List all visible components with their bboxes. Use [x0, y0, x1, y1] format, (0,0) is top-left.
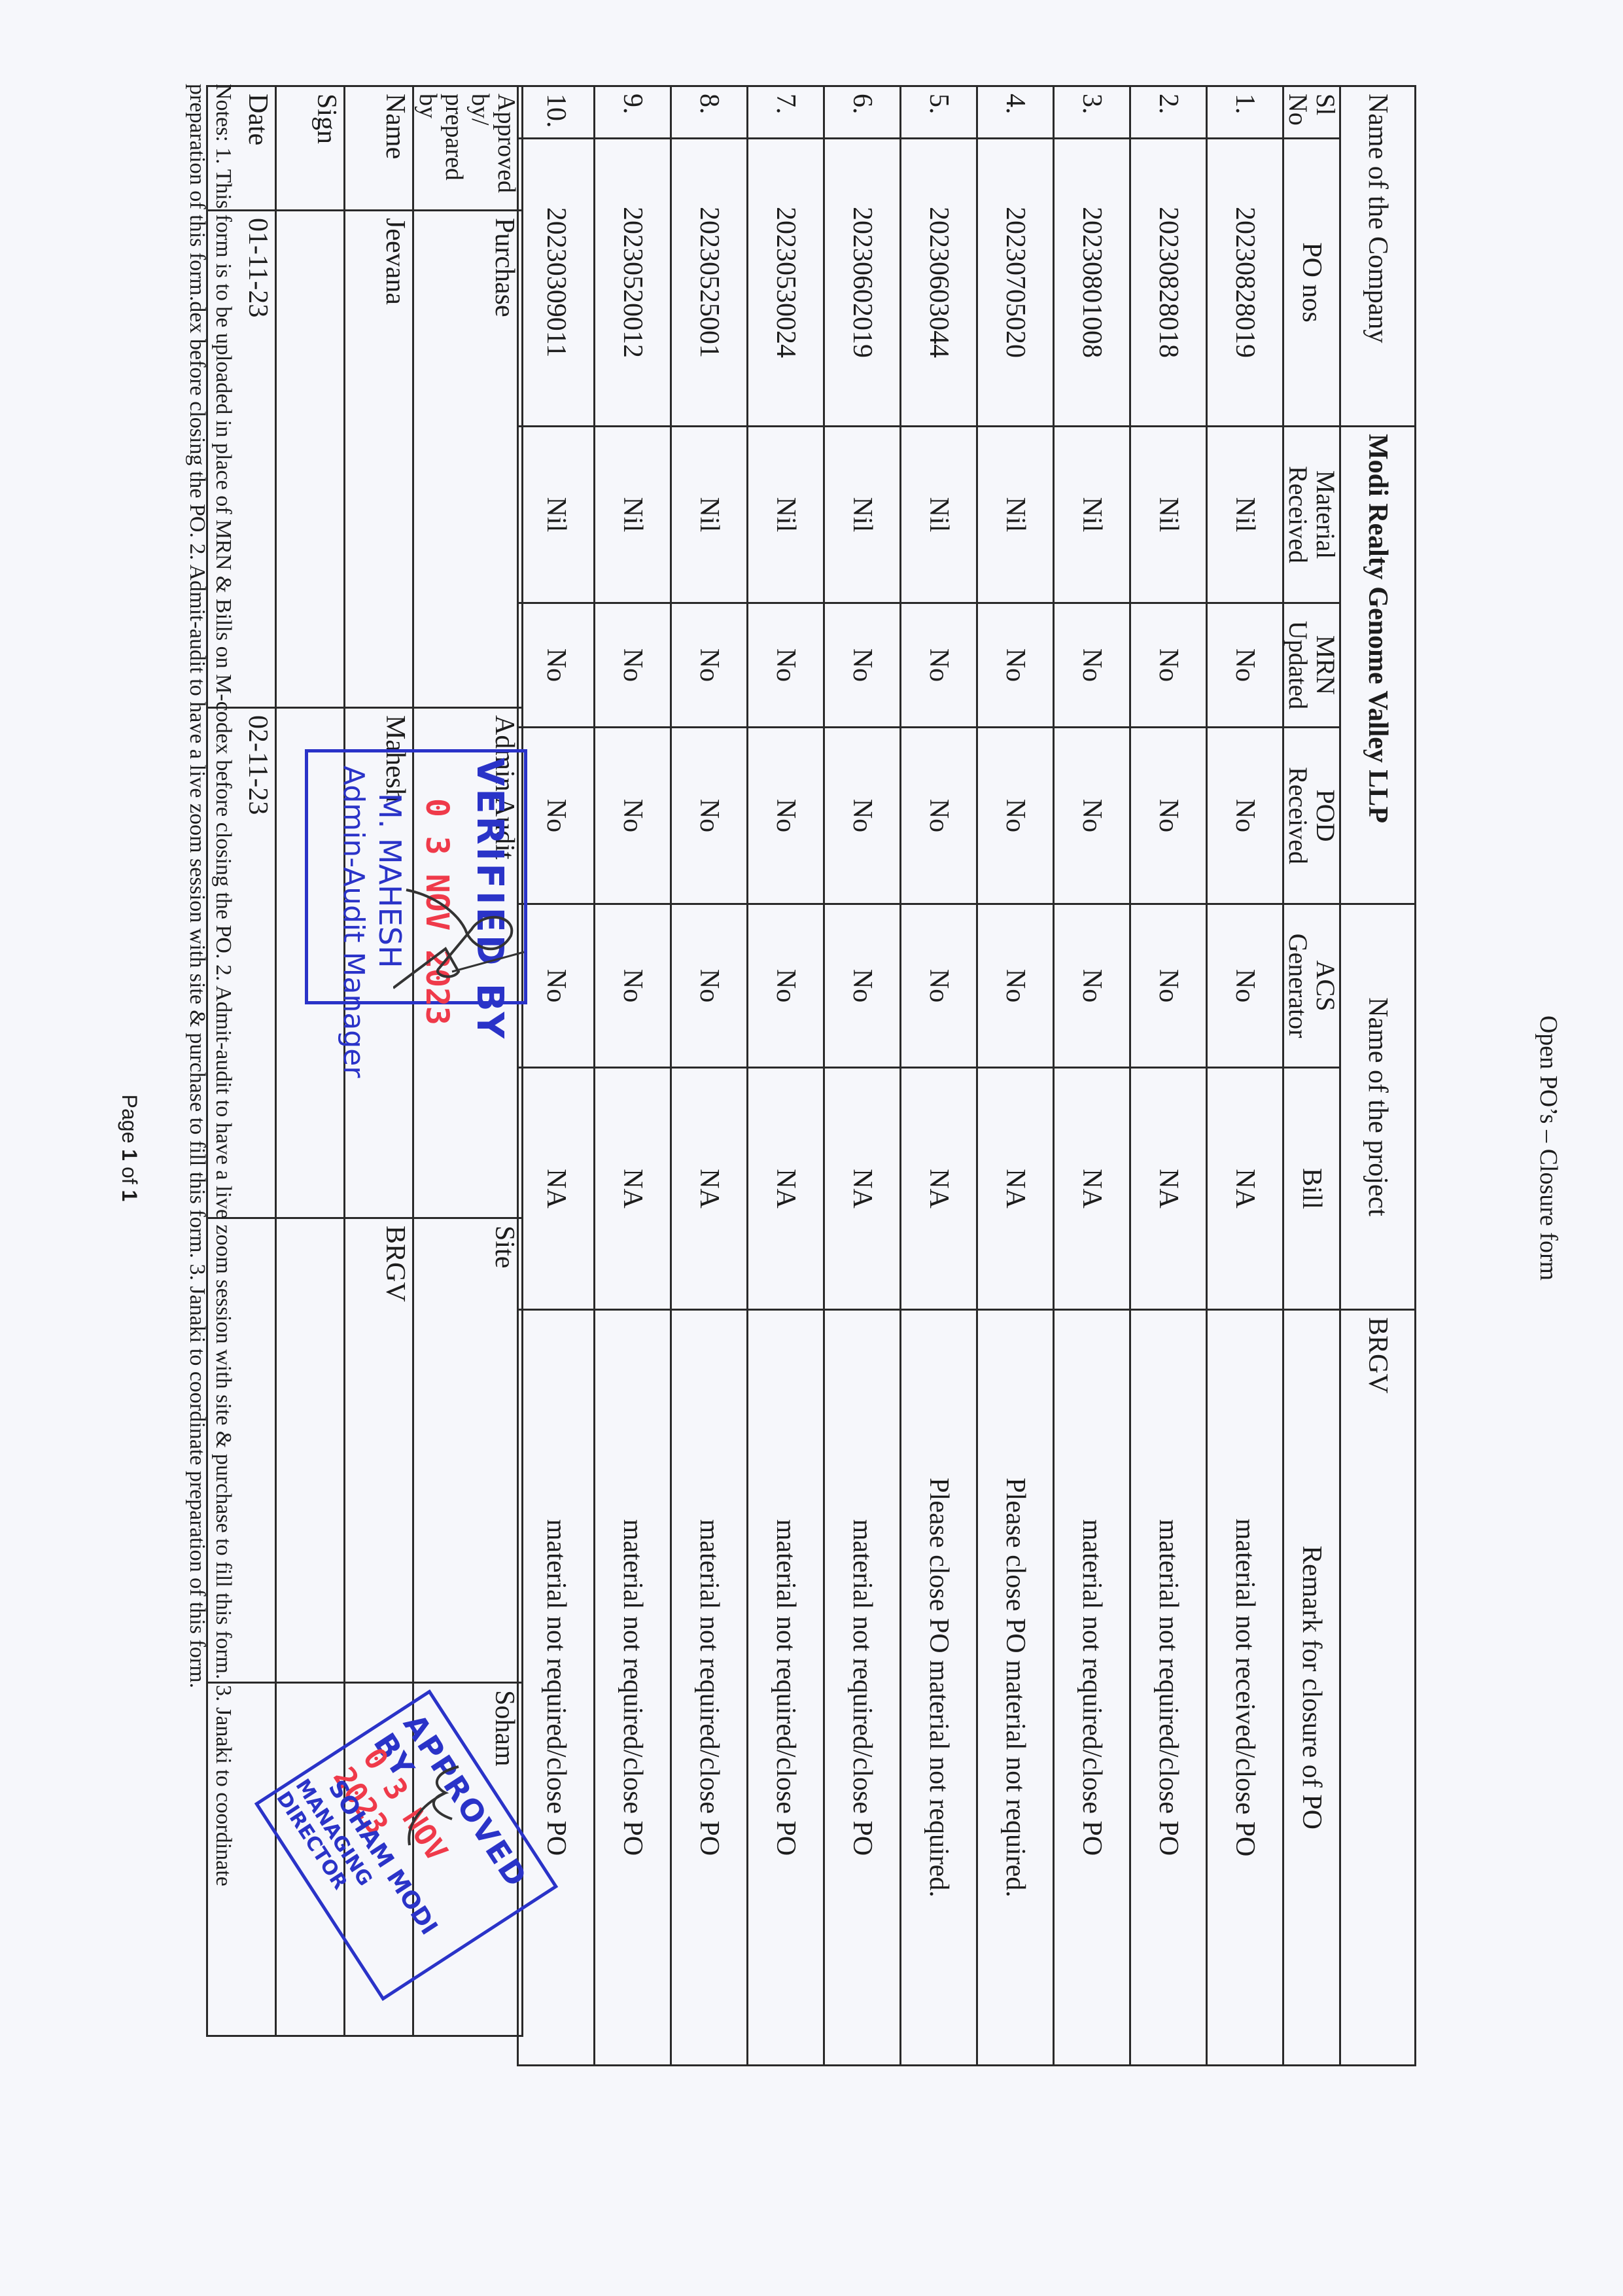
- mrn-updated-cell: No: [824, 603, 901, 728]
- pod-received-cell: No: [824, 728, 901, 904]
- table-row: 6.20230602019NilNoNoNoNAmaterial not req…: [824, 86, 901, 2066]
- mrn-updated-cell: No: [595, 603, 671, 728]
- notes-line-2: preparation of this form.dex before clos…: [184, 84, 210, 2178]
- sl-cell: 8.: [671, 86, 748, 139]
- company-label: Name of the Company: [1340, 86, 1416, 427]
- acs-generator-cell: No: [1130, 904, 1207, 1068]
- col-header-acs: ACSGenerator: [1283, 904, 1340, 1068]
- acs-generator-cell: No: [901, 904, 977, 1068]
- acs-generator-cell: No: [595, 904, 671, 1068]
- notes-line-1: Notes: 1. This form is to be uploaded in…: [210, 84, 236, 2178]
- notes: Notes: 1. This form is to be uploaded in…: [184, 84, 236, 2178]
- sl-cell: 10.: [518, 86, 595, 139]
- bill-cell: NA: [671, 1068, 748, 1310]
- remark-cell: material not required/close PO: [1130, 1310, 1207, 2066]
- bill-cell: NA: [595, 1068, 671, 1310]
- bill-cell: NA: [1130, 1068, 1207, 1310]
- sl-cell: 4.: [977, 86, 1054, 139]
- table-row: 1.20230828019NilNoNoNoNAmaterial not rec…: [1207, 86, 1283, 2066]
- table-row: 5.20230603044NilNoNoNoNAPlease close PO …: [901, 86, 977, 2066]
- table-row: 10.20230309011NilNoNoNoNAmaterial not re…: [518, 86, 595, 2066]
- pod-received-cell: No: [1054, 728, 1130, 904]
- remark-cell: material not required/close PO: [748, 1310, 824, 2066]
- col-header-po: PO nos: [1283, 139, 1340, 427]
- table-row: 4.20230705020NilNoNoNoNAPlease close PO …: [977, 86, 1054, 2066]
- po-number-cell: 20230828018: [1130, 139, 1207, 427]
- table-row: 2.20230828018NilNoNoNoNAmaterial not req…: [1130, 86, 1207, 2066]
- pod-received-cell: No: [977, 728, 1054, 904]
- mrn-updated-cell: No: [518, 603, 595, 728]
- company-name: Modi Realty Genome Valley LLP: [1340, 427, 1416, 904]
- po-number-cell: 20230309011: [518, 139, 595, 427]
- material-received-cell: Nil: [1054, 427, 1130, 603]
- po-number-cell: 20230828019: [1207, 139, 1283, 427]
- company-project-row: Name of the Company Modi Realty Genome V…: [1340, 86, 1416, 2066]
- pod-received-cell: No: [901, 728, 977, 904]
- material-received-cell: Nil: [595, 427, 671, 603]
- material-received-cell: Nil: [901, 427, 977, 603]
- bill-cell: NA: [901, 1068, 977, 1310]
- approval-role-cell: Site: [413, 1218, 523, 1683]
- remark-cell: Please close PO material not required.: [977, 1310, 1054, 2066]
- remark-cell: material not required/close PO: [1054, 1310, 1130, 2066]
- col-header-bill: Bill: [1283, 1068, 1340, 1310]
- po-number-cell: 20230520012: [595, 139, 671, 427]
- col-header-pod: PODReceived: [1283, 728, 1340, 904]
- approval-name-cell: Jeevana: [345, 211, 413, 708]
- sl-cell: 7.: [748, 86, 824, 139]
- col-header-sl: SlNo: [1283, 86, 1340, 139]
- table-row: 8.20230525001NilNoNoNoNAmaterial not req…: [671, 86, 748, 2066]
- bill-cell: NA: [1207, 1068, 1283, 1310]
- acs-generator-cell: No: [1054, 904, 1130, 1068]
- po-closure-table: Name of the Company Modi Realty Genome V…: [517, 85, 1416, 2066]
- mrn-updated-cell: No: [1054, 603, 1130, 728]
- remark-cell: Please close PO material not required.: [901, 1310, 977, 2066]
- bill-cell: NA: [977, 1068, 1054, 1310]
- mrn-updated-cell: No: [1130, 603, 1207, 728]
- approval-row-label: Sign: [276, 86, 345, 211]
- material-received-cell: Nil: [748, 427, 824, 603]
- pod-received-cell: No: [748, 728, 824, 904]
- acs-generator-cell: No: [1207, 904, 1283, 1068]
- remark-cell: material not required/close PO: [595, 1310, 671, 2066]
- mrn-updated-cell: No: [1207, 603, 1283, 728]
- sl-cell: 1.: [1207, 86, 1283, 139]
- form-title: Open PO’s – Closure form: [1534, 0, 1563, 2296]
- pod-received-cell: No: [671, 728, 748, 904]
- approval-row-label: Name: [345, 86, 413, 211]
- sl-cell: 3.: [1054, 86, 1130, 139]
- page-number: Page 1 of 1: [117, 0, 141, 2296]
- bill-cell: NA: [1054, 1068, 1130, 1310]
- pod-received-cell: No: [1207, 728, 1283, 904]
- acs-generator-cell: No: [748, 904, 824, 1068]
- po-number-cell: 20230525001: [671, 139, 748, 427]
- material-received-cell: Nil: [1130, 427, 1207, 603]
- sl-cell: 6.: [824, 86, 901, 139]
- md-signature: [400, 1760, 472, 1852]
- approval-role-cell: Purchase: [413, 211, 523, 708]
- mrn-updated-cell: No: [748, 603, 824, 728]
- project-label: Name of the project: [1340, 904, 1416, 1310]
- table-row: 3.20230801008NilNoNoNoNAmaterial not req…: [1054, 86, 1130, 2066]
- remark-cell: material not required/close PO: [671, 1310, 748, 2066]
- material-received-cell: Nil: [977, 427, 1054, 603]
- remark-cell: material not required/close PO: [824, 1310, 901, 2066]
- column-header-row: SlNo PO nos MaterialReceived MRNUpdated …: [1283, 86, 1340, 2066]
- material-received-cell: Nil: [671, 427, 748, 603]
- mrn-updated-cell: No: [977, 603, 1054, 728]
- acs-generator-cell: No: [671, 904, 748, 1068]
- table-row: 9.20230520012NilNoNoNoNAmaterial not req…: [595, 86, 671, 2066]
- acs-generator-cell: No: [977, 904, 1054, 1068]
- document-page: Open PO’s – Closure form Name of the Com…: [0, 0, 1623, 2296]
- table-row: 7.20230530024NilNoNoNoNAmaterial not req…: [748, 86, 824, 2066]
- remark-cell: material not required/close PO: [518, 1310, 595, 2066]
- verified-stamp-designation: Admin-Audit Manager: [337, 766, 370, 1078]
- acs-generator-cell: No: [824, 904, 901, 1068]
- pod-received-cell: No: [595, 728, 671, 904]
- remark-cell: material not received/close PO: [1207, 1310, 1283, 2066]
- bill-cell: NA: [518, 1068, 595, 1310]
- col-header-mrn: MRNUpdated: [1283, 603, 1340, 728]
- approval-sign-cell: [276, 211, 345, 708]
- po-number-cell: 20230603044: [901, 139, 977, 427]
- mrn-updated-cell: No: [901, 603, 977, 728]
- po-number-cell: 20230602019: [824, 139, 901, 427]
- mrn-updated-cell: No: [671, 603, 748, 728]
- approval-row: Sign: [276, 86, 345, 2036]
- approval-name-cell: BRGV: [345, 1218, 413, 1683]
- po-number-cell: 20230530024: [748, 139, 824, 427]
- po-number-cell: 20230705020: [977, 139, 1054, 427]
- material-received-cell: Nil: [518, 427, 595, 603]
- sl-cell: 9.: [595, 86, 671, 139]
- pod-received-cell: No: [1130, 728, 1207, 904]
- bill-cell: NA: [748, 1068, 824, 1310]
- bill-cell: NA: [824, 1068, 901, 1310]
- approval-sign-cell: [276, 1218, 345, 1683]
- admin-audit-signature: [393, 818, 537, 1027]
- sl-cell: 5.: [901, 86, 977, 139]
- material-received-cell: Nil: [1207, 427, 1283, 603]
- col-header-material: MaterialReceived: [1283, 427, 1340, 603]
- sl-cell: 2.: [1130, 86, 1207, 139]
- col-header-remark: Remark for closure of PO: [1283, 1310, 1340, 2066]
- project-name: BRGV: [1340, 1310, 1416, 2066]
- po-number-cell: 20230801008: [1054, 139, 1130, 427]
- material-received-cell: Nil: [824, 427, 901, 603]
- approval-row-label: Approved by/ prepared by: [413, 86, 523, 211]
